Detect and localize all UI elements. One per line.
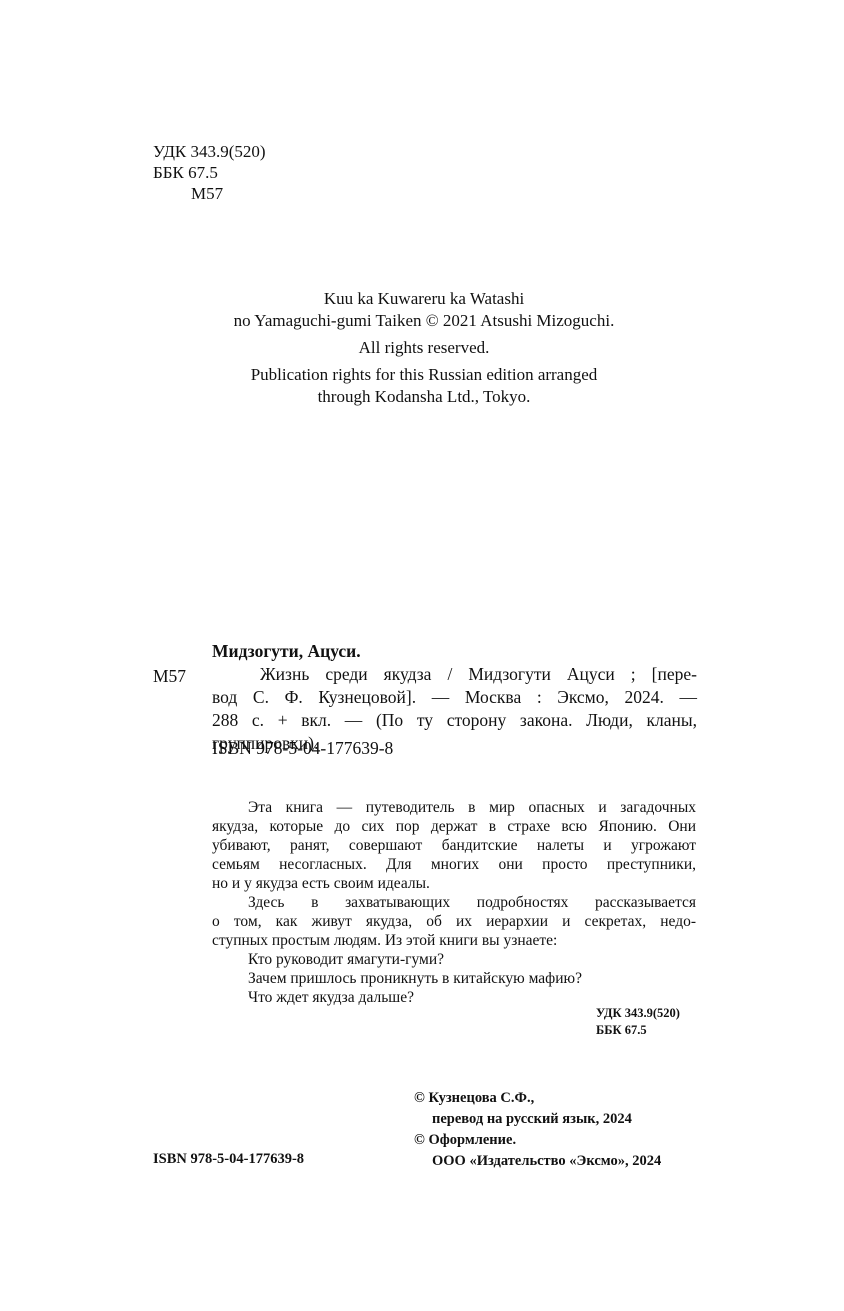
rights-line: no Yamaguchi-gumi Taiken © 2021 Atsushi … (150, 310, 698, 332)
classification-header: УДК 343.9(520) ББК 67.5 М57 (153, 141, 266, 204)
rights-line: All rights reserved. (150, 337, 698, 359)
catalog-line: 288 с. + вкл. — (По ту сторону закона. Л… (212, 709, 697, 732)
annotation-line: убивают, ранят, совершают бандитские нал… (212, 836, 696, 855)
annotation-line: но и у якудза есть своим идеалы. (212, 874, 696, 893)
rights-notice: Kuu ka Kuwareru ka Watashi no Yamaguchi-… (150, 288, 698, 408)
copyright-line: ООО «Издательство «Эксмо», 2024 (414, 1151, 661, 1172)
udk-code: УДК 343.9(520) (153, 141, 266, 162)
annotation-udk: УДК 343.9(520) (596, 1005, 680, 1022)
annotation-classification: УДК 343.9(520) ББК 67.5 (596, 1005, 680, 1039)
author-mark: М57 (153, 183, 266, 204)
copyright-line: © Оформление. (414, 1130, 661, 1151)
annotation-line: якудза, которые до сих пор держат в стра… (212, 817, 696, 836)
annotation-question: Зачем пришлось проникнуть в китайскую ма… (212, 969, 696, 988)
copyright-line: © Кузнецова С.Ф., (414, 1088, 661, 1109)
catalog-line: вод С. Ф. Кузнецовой]. — Москва : Эксмо,… (212, 686, 697, 709)
copyright-line: перевод на русский язык, 2024 (414, 1109, 661, 1130)
annotation-line: ступных простым людям. Из этой книги вы … (212, 931, 696, 950)
rights-line: Publication rights for this Russian edit… (150, 364, 698, 386)
rights-line: through Kodansha Ltd., Tokyo. (150, 386, 698, 408)
catalog-isbn: ISBN 978-5-04-177639-8 (212, 738, 393, 759)
annotation-question: Кто руководит ямагути-гуми? (212, 950, 696, 969)
annotation-bbk: ББК 67.5 (596, 1022, 680, 1039)
annotation-line: семьям несогласных. Для многих они прост… (212, 855, 696, 874)
annotation-line: о том, как живут якудза, об их иерархии … (212, 912, 696, 931)
footer-isbn: ISBN 978-5-04-177639-8 (153, 1151, 304, 1168)
copyright-block: © Кузнецова С.Ф., перевод на русский язы… (414, 1088, 661, 1172)
catalog-line: Жизнь среди якудза / Мидзогути Ацуси ; [… (212, 663, 697, 686)
catalog-author: Мидзогути, Ацуси. (212, 641, 361, 662)
annotation-line: Здесь в захватывающих подробностях расск… (212, 893, 696, 912)
annotation-line: Эта книга — путеводитель в мир опасных и… (212, 798, 696, 817)
bbk-code: ББК 67.5 (153, 162, 266, 183)
annotation: Эта книга — путеводитель в мир опасных и… (212, 798, 696, 1007)
rights-line: Kuu ka Kuwareru ka Watashi (150, 288, 698, 310)
catalog-author-mark: М57 (153, 666, 186, 687)
